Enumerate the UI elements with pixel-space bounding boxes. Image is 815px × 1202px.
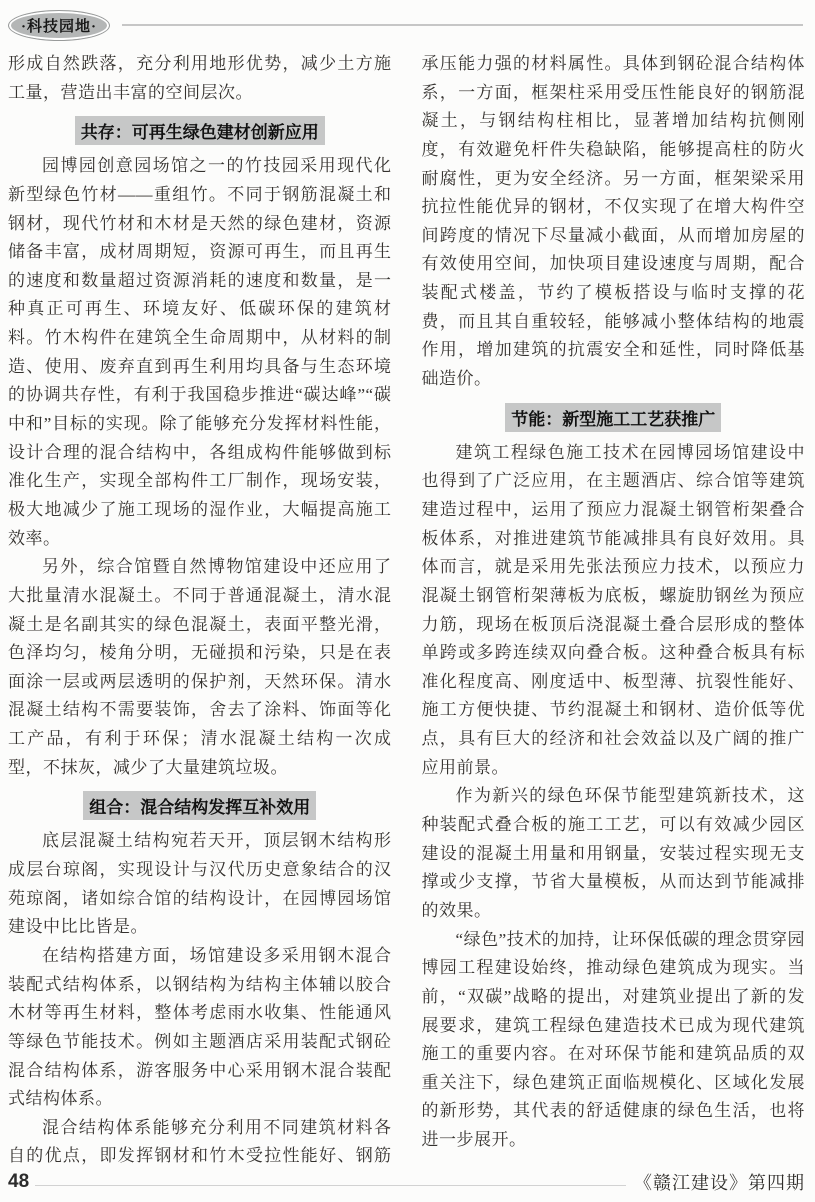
column-badge: ·科技园地·: [8, 10, 110, 41]
footer-rule: [35, 1185, 626, 1186]
paragraph: 园博园创意园场馆之一的竹技园采用现代化新型绿色竹材——重组竹。不同于钢筋混凝土和…: [8, 152, 392, 553]
paragraph: 混合结构体系能够充分利用不同建筑材料各自的优点，即发挥钢材和竹木受拉性能好、钢筋…: [8, 1114, 392, 1168]
article-body: 形成自然跌落，充分利用地形优势，减少土方施工量，营造出丰富的空间层次。 共存：可…: [8, 42, 805, 1168]
paragraph: 在结构搭建方面，场馆建设多采用钢木混合装配式结构体系，以钢结构为结构主体辅以胶合…: [8, 942, 392, 1114]
page-header: ·科技园地·: [8, 8, 805, 42]
magazine-page: ·科技园地· 形成自然跌落，充分利用地形优势，减少土方施工量，营造出丰富的空间层…: [0, 0, 815, 1202]
section-heading-energy-label: 节能：新型施工工艺获推广: [505, 403, 721, 432]
paragraph: 另外，综合馆暨自然博物馆建设中还应用了大批量清水混凝土。不同于普通混凝土，清水混…: [8, 553, 392, 782]
header-rule: [122, 24, 803, 26]
right-column: 承压能力强的材料属性。具体到钢砼混合结构体系，一方面，框架柱采用受压性能良好的钢…: [422, 50, 806, 1168]
section-heading-combine-label: 组合：混合结构发挥互补效用: [83, 791, 316, 820]
section-heading-coexist: 共存：可再生绿色建材创新应用: [8, 116, 392, 145]
section-heading-coexist-label: 共存：可再生绿色建材创新应用: [75, 116, 325, 145]
paragraph: 作为新兴的绿色环保节能型建筑新技术，这种装配式叠合板的施工工艺，可以有效减少园区…: [422, 782, 806, 925]
section-heading-combine: 组合：混合结构发挥互补效用: [8, 791, 392, 820]
left-column: 形成自然跌落，充分利用地形优势，减少土方施工量，营造出丰富的空间层次。 共存：可…: [8, 50, 392, 1168]
section-heading-energy: 节能：新型施工工艺获推广: [422, 403, 806, 432]
journal-issue-label: 《赣江建设》第四期: [634, 1169, 805, 1195]
paragraph: 建筑工程绿色施工技术在园博园场馆建设中也得到了广泛应用，在主题酒店、综合馆等建筑…: [422, 439, 806, 783]
page-footer: 48 《赣江建设》第四期: [8, 1168, 805, 1196]
page-number: 48: [8, 1171, 29, 1193]
paragraph-continuation: 承压能力强的材料属性。具体到钢砼混合结构体系，一方面，框架柱采用受压性能良好的钢…: [422, 50, 806, 394]
paragraph-continuation: 形成自然跌落，充分利用地形优势，减少土方施工量，营造出丰富的空间层次。: [8, 50, 392, 107]
column-badge-label: ·科技园地·: [21, 19, 97, 35]
paragraph: “绿色”技术的加持，让环保低碳的理念贯穿园博园工程建设始终，推动绿色建筑成为现实…: [422, 926, 806, 1155]
paragraph: 底层混凝土结构宛若天开，顶层钢木结构形成层台琼阁，实现设计与汉代历史意象结合的汉…: [8, 827, 392, 942]
